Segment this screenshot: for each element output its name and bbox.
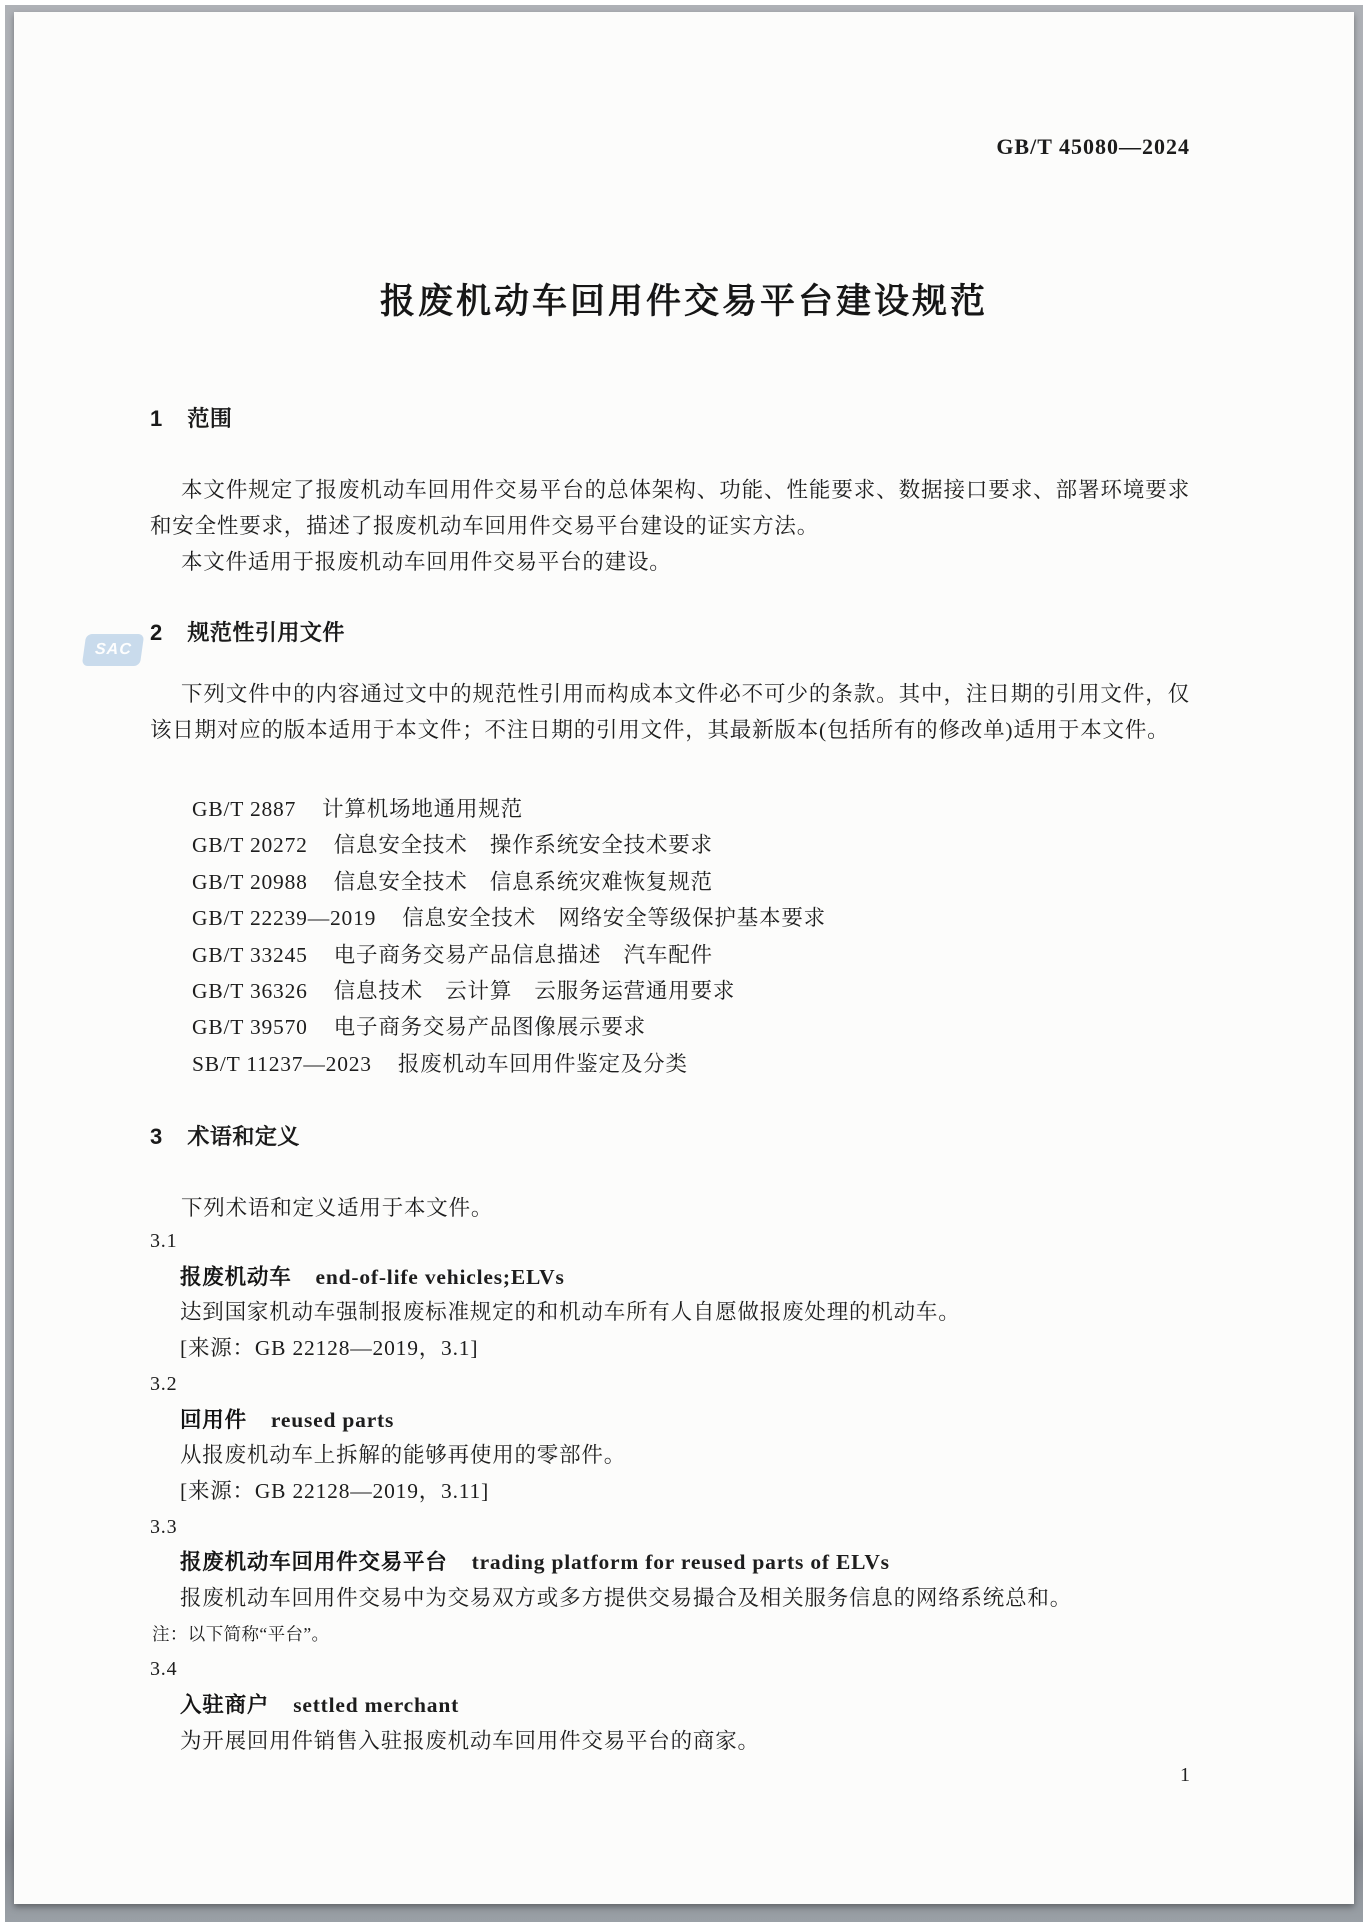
- term-en: settled merchant: [293, 1693, 459, 1717]
- term-number: 3.3: [150, 1510, 1190, 1546]
- term-number: 3.4: [150, 1652, 1190, 1688]
- section-1-heading: 1 范围: [150, 402, 1190, 433]
- term-heading: 回用件reused parts: [150, 1403, 1190, 1439]
- section-1-label: 范围: [187, 402, 232, 433]
- scope-paragraph-1: 本文件规定了报废机动车回用件交易平台的总体架构、功能、性能要求、数据接口要求、部…: [150, 472, 1190, 544]
- scope-paragraph-2: 本文件适用于报废机动车回用件交易平台的建设。: [150, 544, 1190, 580]
- document-page: SAC GB/T 45080—2024 报废机动车回用件交易平台建设规范 1 范…: [14, 12, 1354, 1904]
- reference-item: GB/T 36326信息技术 云计算 云服务运营通用要求: [192, 973, 1190, 1009]
- terms-intro-text: 下列术语和定义适用于本文件。: [150, 1190, 1190, 1226]
- document-title: 报废机动车回用件交易平台建设规范: [14, 274, 1354, 324]
- term-definition: 报废机动车回用件交易中为交易双方或多方提供交易撮合及相关服务信息的网络系统总和。: [150, 1581, 1190, 1617]
- reference-item: GB/T 20272信息安全技术 操作系统安全技术要求: [192, 827, 1190, 863]
- term-zh: 报废机动车: [180, 1265, 292, 1289]
- term-number: 3.2: [150, 1367, 1190, 1403]
- term-heading: 报废机动车回用件交易平台trading platform for reused …: [150, 1545, 1190, 1581]
- reference-item: GB/T 2887计算机场地通用规范: [192, 791, 1190, 827]
- term-zh: 入驻商户: [180, 1693, 269, 1717]
- section-3-number: 3: [150, 1124, 163, 1150]
- reference-code: GB/T 2887: [192, 797, 296, 821]
- section-2-label: 规范性引用文件: [187, 616, 345, 647]
- section-2-number: 2: [150, 620, 163, 646]
- section-2-heading: 2 规范性引用文件: [150, 616, 1190, 647]
- term-definition: 达到国家机动车强制报废标准规定的和机动车所有人自愿做报废处理的机动车。: [150, 1295, 1190, 1331]
- reference-item: GB/T 22239—2019信息安全技术 网络安全等级保护基本要求: [192, 900, 1190, 936]
- section-1-number: 1: [150, 406, 163, 432]
- reference-code: GB/T 39570: [192, 1015, 308, 1039]
- reference-code: GB/T 36326: [192, 979, 308, 1003]
- reference-code: GB/T 20988: [192, 870, 308, 894]
- reference-title: 报废机动车回用件鉴定及分类: [398, 1052, 688, 1076]
- reference-item: GB/T 39570电子商务交易产品图像展示要求: [192, 1009, 1190, 1045]
- reference-item: SB/T 11237—2023报废机动车回用件鉴定及分类: [192, 1046, 1190, 1082]
- sac-watermark: SAC: [82, 634, 144, 666]
- term-zh: 回用件: [180, 1408, 247, 1432]
- term-heading: 报废机动车end-of-life vehicles;ELVs: [150, 1260, 1190, 1296]
- term-number: 3.1: [150, 1224, 1190, 1260]
- section-3-heading: 3 术语和定义: [150, 1120, 1190, 1151]
- term-source: [来源：GB 22128—2019，3.11]: [150, 1474, 1190, 1510]
- reference-item: GB/T 20988信息安全技术 信息系统灾难恢复规范: [192, 864, 1190, 900]
- scope-paragraph-1-text: 本文件规定了报废机动车回用件交易平台的总体架构、功能、性能要求、数据接口要求、部…: [150, 472, 1190, 544]
- reference-title: 计算机场地通用规范: [322, 797, 523, 821]
- reference-title: 信息安全技术 操作系统安全技术要求: [334, 833, 713, 857]
- term-en: end-of-life vehicles;ELVs: [316, 1265, 565, 1289]
- references-list: GB/T 2887计算机场地通用规范 GB/T 20272信息安全技术 操作系统…: [150, 791, 1190, 1082]
- term-definition: 为开展回用件销售入驻报废机动车回用件交易平台的商家。: [150, 1724, 1190, 1760]
- reference-title: 信息技术 云计算 云服务运营通用要求: [334, 979, 735, 1003]
- scanned-standard-page: SAC GB/T 45080—2024 报废机动车回用件交易平台建设规范 1 范…: [0, 0, 1368, 1930]
- section-3-label: 术语和定义: [187, 1120, 300, 1151]
- references-intro-text: 下列文件中的内容通过文中的规范性引用而构成本文件必不可少的条款。其中，注日期的引…: [150, 676, 1190, 748]
- reference-title: 电子商务交易产品图像展示要求: [334, 1015, 646, 1039]
- terms-intro: 下列术语和定义适用于本文件。: [150, 1190, 1190, 1226]
- term-definition: 从报废机动车上拆解的能够再使用的零部件。: [150, 1438, 1190, 1474]
- standard-code: GB/T 45080—2024: [150, 134, 1190, 160]
- reference-code: GB/T 20272: [192, 833, 308, 857]
- term-source: [来源：GB 22128—2019，3.1]: [150, 1331, 1190, 1367]
- sac-watermark-label: SAC: [94, 641, 132, 659]
- reference-code: GB/T 22239—2019: [192, 906, 376, 930]
- page-number: 1: [150, 1764, 1196, 1787]
- reference-code: GB/T 33245: [192, 943, 308, 967]
- terms-list: 3.1 报废机动车end-of-life vehicles;ELVs 达到国家机…: [150, 1224, 1190, 1760]
- term-en: trading platform for reused parts of ELV…: [472, 1550, 890, 1574]
- reference-title: 信息安全技术 信息系统灾难恢复规范: [334, 870, 713, 894]
- reference-title: 信息安全技术 网络安全等级保护基本要求: [402, 906, 826, 930]
- references-intro: 下列文件中的内容通过文中的规范性引用而构成本文件必不可少的条款。其中，注日期的引…: [150, 676, 1190, 748]
- term-zh: 报废机动车回用件交易平台: [180, 1550, 448, 1574]
- term-heading: 入驻商户settled merchant: [150, 1688, 1190, 1724]
- term-en: reused parts: [271, 1408, 394, 1432]
- reference-code: SB/T 11237—2023: [192, 1052, 372, 1076]
- reference-title: 电子商务交易产品信息描述 汽车配件: [334, 943, 713, 967]
- scope-paragraph-2-text: 本文件适用于报废机动车回用件交易平台的建设。: [150, 544, 1190, 580]
- reference-item: GB/T 33245电子商务交易产品信息描述 汽车配件: [192, 937, 1190, 973]
- term-note: 注：以下简称“平台”。: [150, 1617, 1190, 1653]
